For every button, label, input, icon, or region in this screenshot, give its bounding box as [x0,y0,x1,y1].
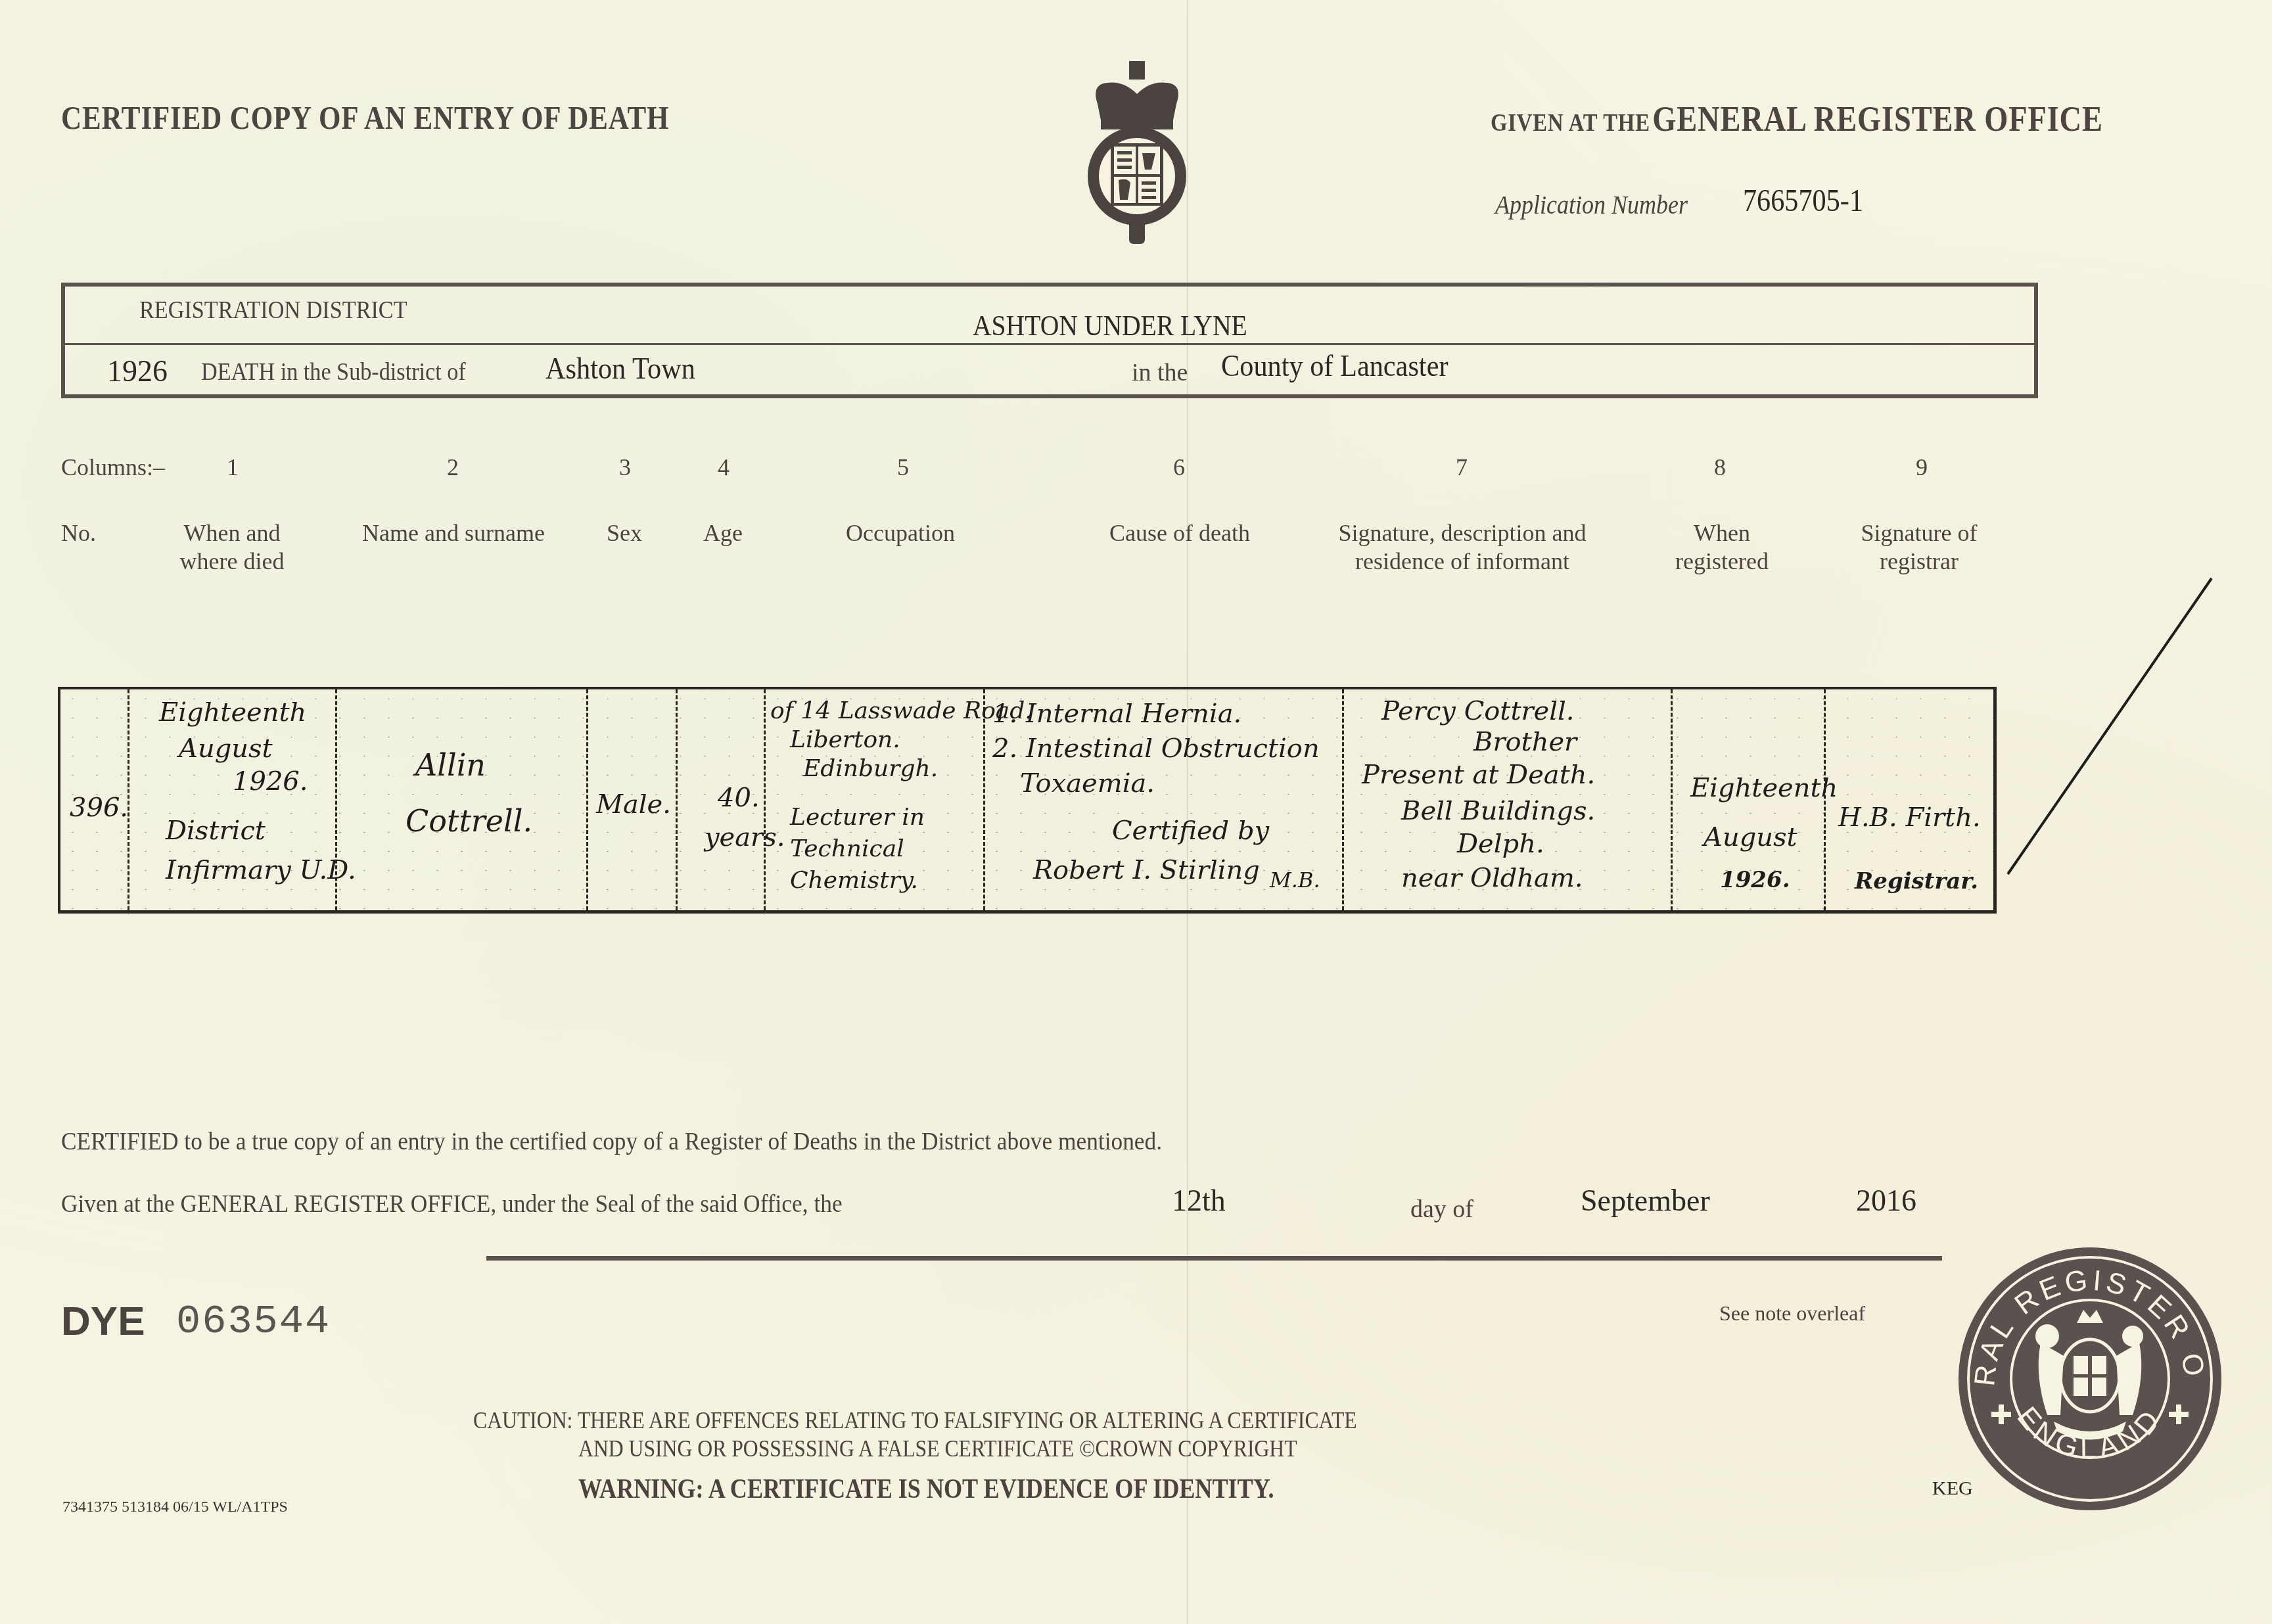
death-date-month: August [179,732,273,765]
issue-month: September [1581,1183,1710,1218]
registration-divider [65,343,2034,345]
death-place-line2: Infirmary U.D. [166,854,356,887]
document-title: CERTIFIED COPY OF AN ENTRY OF DEATH [61,99,669,137]
identity-warning: WARNING: A CERTIFICATE IS NOT EVIDENCE O… [578,1473,1274,1505]
column-number-6: 6 [1173,453,1185,481]
deceased-surname: Cottrell. [406,804,532,837]
given-at-prefix: GIVEN AT THE [1491,109,1650,137]
registrar-title: Registrar. [1855,868,1978,894]
column-heading-cause-of-death: Cause of death [1091,519,1268,547]
column-number-5: 5 [897,453,909,481]
informant-address-line3: near Oldham. [1401,862,1583,894]
cause-of-death-2: 2. Intestinal Obstruction [992,732,1320,765]
column-divider [1671,689,1673,910]
deceased-age-unit: years. [705,821,785,854]
entry-row: 396. Eighteenth August 1926. District In… [58,687,1997,914]
deceased-first-name: Allin [415,749,486,781]
caution-line-2: AND USING OR POSSESSING A FALSE CERTIFIC… [578,1435,1297,1462]
certified-by-label: Certified by [1112,814,1269,847]
given-at-statement: Given at the GENERAL REGISTER OFFICE, un… [61,1190,843,1218]
in-the-label: in the [1132,358,1188,387]
informant-relation: Brother [1473,726,1577,758]
death-place-line1: District [166,814,266,847]
death-date-year: 1926. [233,765,308,798]
column-heading-sex: Sex [591,519,657,547]
registrar-signature: H.B. Firth. [1838,801,1981,834]
column-divider [1342,689,1344,910]
caution-line-1: CAUTION: THERE ARE OFFENCES RELATING TO … [473,1406,1357,1434]
columns-label: Columns:– [61,453,165,481]
issue-year: 2016 [1856,1183,1916,1218]
death-date-day: Eighteenth [159,696,306,729]
print-code: 7341375 513184 06/15 WL/A1TPS [62,1498,288,1516]
registered-day: Eighteenth [1690,772,1838,804]
serial-number: 063544 [176,1298,331,1345]
column-heading-when-where-died: When andwhere died [170,519,294,576]
entry-number: 396. [70,791,128,824]
cause-of-death-1: 1. Internal Hernia. [992,697,1241,730]
registered-year: 1926. [1720,867,1790,893]
column-number-4: 4 [718,453,730,481]
certification-statement: CERTIFIED to be a true copy of an entry … [61,1127,1162,1156]
column-divider [586,689,588,910]
registration-district-value: ASHTON UNDER LYNE [973,309,1247,342]
death-subdistrict-label: DEATH in the Sub-district of [201,358,466,386]
sub-district-value: Ashton Town [545,351,695,386]
deceased-sex: Male. [596,788,671,821]
informant-name: Percy Cottrell. [1381,695,1575,728]
day-of-label: day of [1410,1195,1473,1224]
signature-rule [486,1256,1942,1261]
occupation-line2: Technical [790,833,904,866]
issue-day: 12th [1172,1183,1226,1218]
column-number-8: 8 [1714,453,1726,481]
column-heading-registrar-signature: Signature ofregistrar [1843,519,1995,576]
column-number-9: 9 [1916,453,1928,481]
column-number-1: 1 [227,453,239,481]
application-number-label: Application Number [1495,189,1688,220]
see-note-overleaf: See note overleaf [1719,1301,1865,1326]
deceased-age: 40. [718,781,760,814]
informant-qualification: Present at Death. [1362,758,1595,791]
column-heading-informant: Signature, description andresidence of i… [1321,519,1604,576]
column-heading-no: No. [61,519,114,547]
occupation-address-line3: Edinburgh. [803,753,938,785]
certifying-doctor: Robert I. Stirling [1033,854,1260,887]
general-register-office-seal-icon: GENERAL REGISTER OFFICE ENGLAND [1955,1244,2225,1514]
royal-crest-icon [1078,58,1196,248]
cause-of-death-3: Toxaemia. [1020,767,1155,800]
column-number-3: 3 [619,453,631,481]
county-value: County of Lancaster [1221,348,1449,383]
occupation-line1: Lecturer in [790,801,925,834]
occupation-line3: Chemistry. [790,864,918,897]
registered-month: August [1704,821,1797,854]
column-number-2: 2 [447,453,459,481]
serial-prefix: DYE [61,1298,145,1345]
column-heading-age: Age [690,519,756,547]
registration-year: 1926 [107,354,168,388]
informant-address-line2: Delph. [1457,827,1544,860]
informant-address-line1: Bell Buildings. [1401,795,1595,827]
cancellation-diagonal-line [1998,572,2215,881]
column-number-7: 7 [1456,453,1468,481]
given-at-office: GENERAL REGISTER OFFICE [1652,99,2103,139]
column-divider [676,689,678,910]
occupation-address-line2: Liberton. [790,724,900,756]
column-heading-name: Name and surname [348,519,559,547]
registration-district-label: REGISTRATION DISTRICT [139,296,407,325]
application-number-value: 7665705-1 [1743,183,1863,219]
given-at-heading: GIVEN AT THE GENERAL REGISTER OFFICE [1491,99,2103,139]
column-divider [764,689,766,910]
doctor-qualification: M.B. [1270,864,1320,896]
column-heading-occupation: Occupation [822,519,979,547]
column-heading-when-registered: Whenregistered [1656,519,1788,576]
